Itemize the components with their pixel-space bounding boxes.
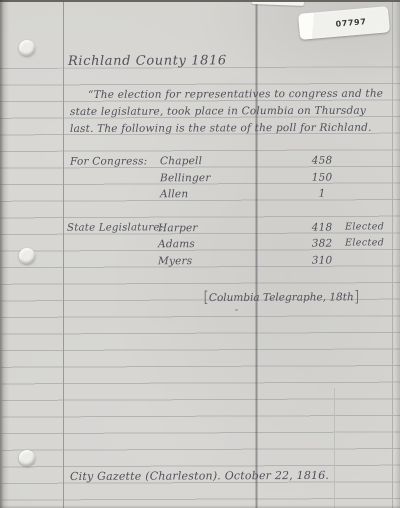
candidate-name: Allen [160,188,188,200]
close-bracket: ] [354,287,360,305]
congress-row: Allen 1 [0,187,400,205]
scan-edge-top [0,0,400,2]
page-title: Richland County 1816 [68,53,227,69]
legislature-row: State Legislature: Harper 418 Elected [0,221,400,239]
elected-note: Elected [345,221,384,232]
faint-fold-line [334,388,335,508]
punch-hole-bottom [19,450,35,466]
article-line-1: “The election for representatives to con… [88,88,383,101]
catalog-sticker: 07797 [298,6,390,40]
catalog-number: 07797 [321,17,366,30]
candidate-name: Adams [158,238,195,250]
candidate-name: Chapell [160,155,202,167]
congress-row: Bellinger 150 [0,171,400,189]
vote-count: 458 [303,155,341,167]
vote-count: 418 [303,221,341,233]
congress-heading: For Congress: [70,155,147,167]
candidate-name: Harper [158,222,198,234]
candidate-name: Bellinger [160,172,211,184]
legislature-heading: State Legislature: [67,222,163,233]
candidate-name: Myers [158,255,192,267]
paper-speck [235,309,238,311]
vote-count: 310 [303,254,341,266]
legislature-row: Myers 310 [0,254,400,272]
scan-edge-right [395,0,400,508]
vote-count: 1 [303,188,341,200]
legislature-row: Adams 382 Elected [0,237,400,255]
source-note: [Columbia Telegraphe, 18th] [203,286,360,305]
article-line-3: last. The following is the state of the … [70,121,372,134]
article-line-2: state legislature, took place in Columbi… [70,105,366,118]
source-note-text: Columbia Telegraphe, 18th [209,291,354,304]
citation: City Gazette (Charleston). October 22, 1… [70,469,329,483]
scanned-notebook-page: 07797 Richland County 1816 “The election… [0,0,400,508]
congress-row: For Congress: Chapell 458 [0,154,400,172]
elected-note: Elected [345,237,384,248]
scan-edge-left [0,0,9,508]
open-bracket: [ [203,288,209,306]
vote-count: 382 [303,238,341,250]
punch-hole-top [19,40,35,56]
vote-count: 150 [303,171,341,183]
